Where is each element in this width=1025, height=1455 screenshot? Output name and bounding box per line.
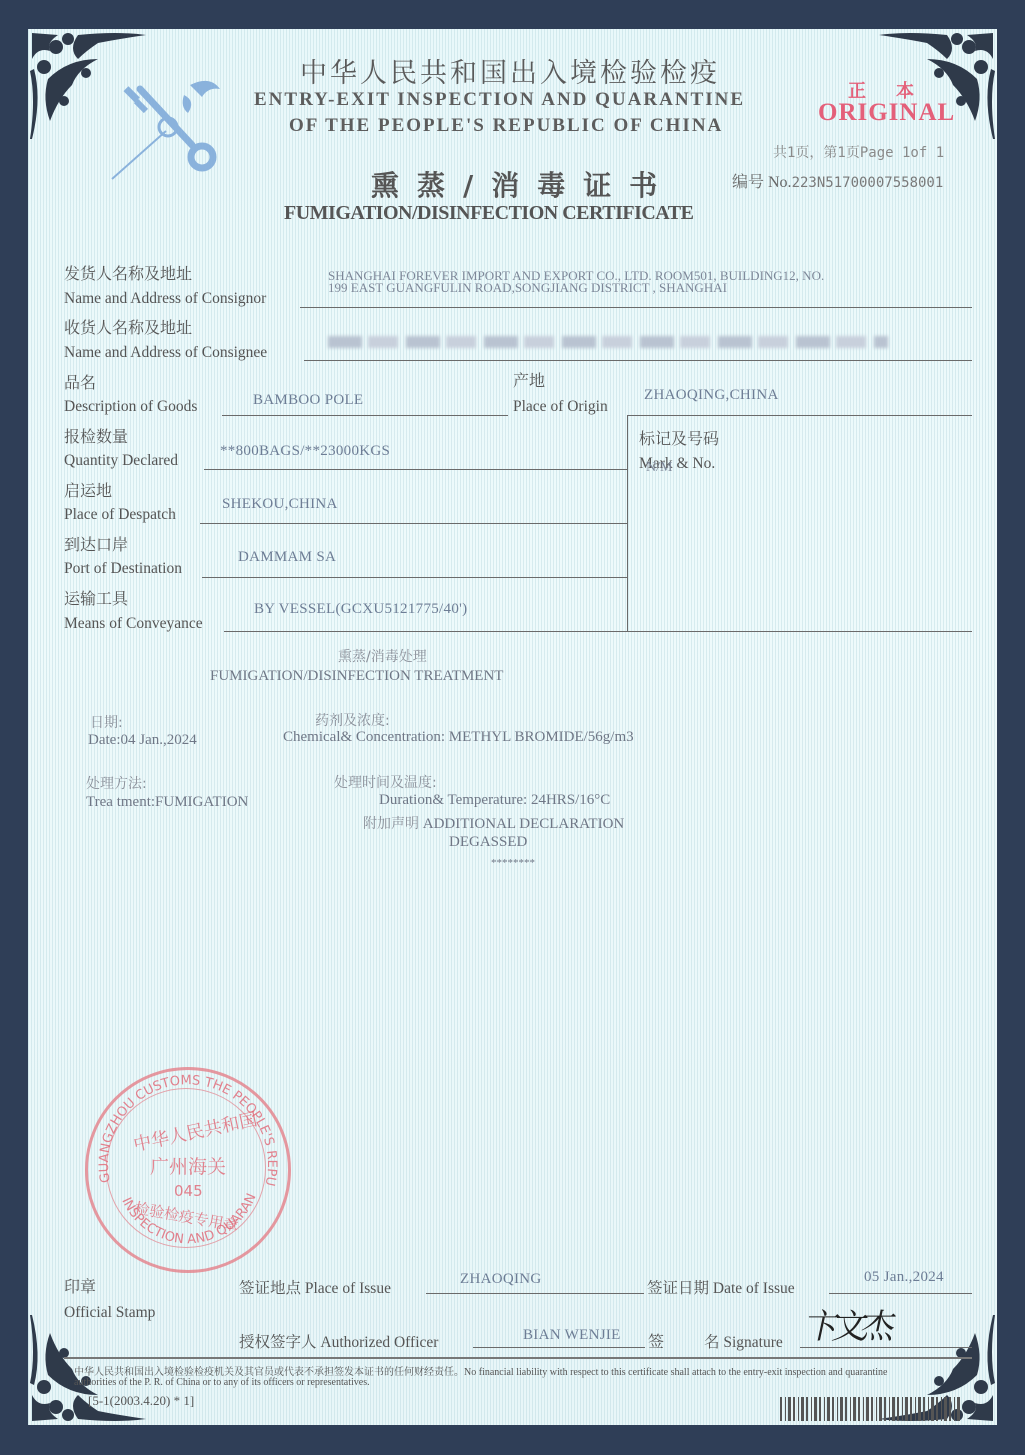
signature-label-cn1: 签 [648,1329,664,1352]
treatment-duration-label-cn: 处理时间及温度: [334,772,437,792]
authorized-officer-value: BIAN WENJIE [523,1327,621,1344]
barcode [780,1397,960,1421]
consignor-label-cn: 发货人名称及地址 [64,261,192,284]
date-of-issue-value: 05 Jan.,2024 [864,1269,944,1286]
destination-underline [202,577,627,578]
origin-underline [627,415,972,416]
conveyance-label-en: Means of Conveyance [64,615,203,633]
origin-label-en: Place of Origin [513,398,608,416]
conveyance-value: BY VESSEL(GCXU5121775/40') [254,601,467,618]
certificate-number-label: 编号 No. [732,174,792,191]
origin-value: ZHAOQING,CHINA [644,387,779,404]
treatment-duration: Duration& Temperature: 24HRS/16°C [379,792,610,809]
additional-declaration-label-en: ADDITIONAL DECLARATION [423,816,625,832]
treatment-method: Trea tment:FUMIGATION [86,794,248,811]
conveyance-label-cn: 运输工具 [64,586,128,609]
destination-label-cn: 到达口岸 [64,532,128,555]
origin-label-cn: 产地 [513,368,545,391]
place-of-issue-value: ZHAOQING [460,1271,542,1288]
footer-disclaimer-line2: authorities of the P. R. of China or to … [74,1377,370,1388]
conveyance-underline [224,631,972,632]
authority-title-cn: 中华人民共和国出入境检验检疫 [300,51,720,90]
destination-value: DAMMAM SA [238,549,336,566]
official-seal: GUANGZHOU CUSTOMS THE PEOPLE'S REPUBLIC … [85,1067,291,1273]
quantity-label-cn: 报检数量 [64,424,128,447]
certificate-number: 编号 No.223N51700007558001 [732,169,943,192]
consignor-underline [300,307,972,308]
destination-label-en: Port of Destination [64,560,182,578]
certificate-title-en: FUMIGATION/DISINFECTION CERTIFICATE [284,202,693,225]
seal-line2: 广州海关 [150,1152,226,1179]
caduceus-key-emblem-icon [110,71,230,183]
stamp-label-cn: 印章 [64,1274,96,1297]
certificate-paper: 中华人民共和国出入境检验检疫 ENTRY-EXIT INSPECTION AND… [28,29,997,1425]
despatch-label-en: Place of Despatch [64,506,176,524]
date-of-issue-underline [829,1293,972,1294]
footer-divider [64,1357,972,1359]
seal-number: 045 [174,1182,203,1200]
consignor-value-line2: 199 EAST GUANGFULIN ROAD,SONGJIANG DISTR… [328,281,727,294]
despatch-underline [200,523,627,524]
authority-title-en-line1: ENTRY-EXIT INSPECTION AND QUARANTINE [254,89,745,111]
goods-underline [222,415,508,416]
treatment-method-label-cn: 处理方法: [86,773,147,793]
certificate-title-cn: 熏蒸/消毒证书 [371,164,675,204]
quantity-value: **800BAGS/**23000KGS [220,443,390,460]
stamp-label-en: Official Stamp [64,1304,155,1322]
marks-label-cn: 标记及号码 [639,426,719,449]
handwritten-signature: 卞文杰 [801,1299,895,1348]
additional-declaration: 附加声明 ADDITIONAL DECLARATION [363,813,624,833]
marks-value: N/M [646,460,672,476]
consignee-label-cn: 收货人名称及地址 [64,315,192,338]
consignee-label-en: Name and Address of Consignee [64,344,267,362]
quantity-underline [204,469,627,470]
goods-label-cn: 品名 [64,370,96,393]
place-of-issue-underline [426,1293,644,1294]
despatch-value: SHEKOU,CHINA [222,496,338,513]
authority-title-en-line2: OF THE PEOPLE'S REPUBLIC OF CHINA [289,115,723,137]
consignee-underline [304,360,972,361]
certificate-number-value: 223N51700007558001 [792,175,944,191]
additional-declaration-label-cn: 附加声明 [363,816,419,832]
authorized-officer-label: 授权签字人 Authorized Officer [239,1330,438,1352]
goods-value: BAMBOO POLE [253,392,363,409]
consignee-value-redacted [328,336,888,348]
date-of-issue-label: 签证日期 Date of Issue [647,1276,795,1298]
declaration-text: DEGASSED [449,834,527,851]
treatment-heading-cn: 熏蒸/消毒处理 [338,646,427,666]
form-code: [5-1(2003.4.20) * 1] [88,1393,194,1409]
original-stamp-en: ORIGINAL [818,99,955,127]
signature-label: 名 Signature [704,1330,783,1352]
consignor-label-en: Name and Address of Consignor [64,290,266,308]
treatment-heading-en: FUMIGATION/DISINFECTION TREATMENT [210,668,503,685]
footer-disclaimer-line1: 中华人民共和国出入境检验检疫机关及其官员或代表不承担签发本证书的任何财经责任。N… [74,1363,887,1378]
treatment-date-label-cn: 日期: [90,712,123,732]
page-info: 共1页，第1页Page 1of 1 [773,142,944,162]
treatment-chemical-label-cn: 药剂及浓度: [315,710,390,730]
treatment-date: Date:04 Jan.,2024 [88,732,197,749]
authorized-officer-underline [473,1347,645,1348]
treatment-chemical: Chemical& Concentration: METHYL BROMIDE/… [283,729,634,746]
marks-box-left-border [627,415,628,631]
end-marker: ******** [491,857,535,869]
despatch-label-cn: 启运地 [64,478,112,501]
place-of-issue-label: 签证地点 Place of Issue [239,1276,391,1298]
quantity-label-en: Quantity Declared [64,452,178,470]
goods-label-en: Description of Goods [64,398,197,416]
